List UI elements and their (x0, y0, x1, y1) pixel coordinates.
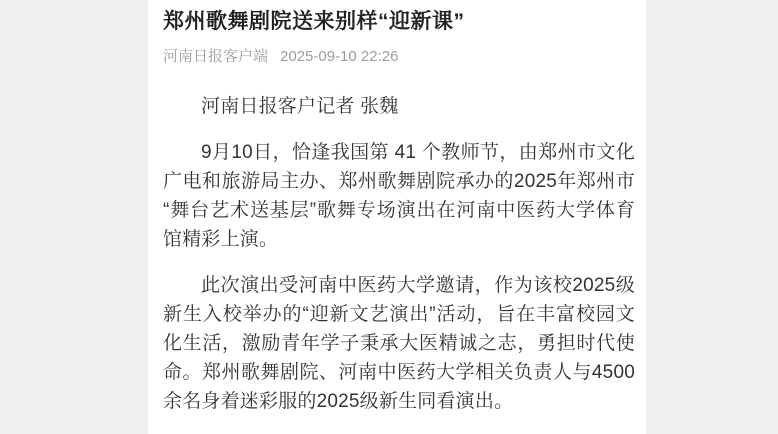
article-meta: 河南日报客户端 2025-09-10 22:26 (163, 46, 635, 68)
article-card: 郑州歌舞剧院送来别样“迎新课” 河南日报客户端 2025-09-10 22:26… (148, 0, 646, 434)
article-paragraph: 此次演出受河南中医药大学邀请，作为该校2025级新生入校举办的“迎新文艺演出”活… (163, 271, 635, 416)
article-source: 河南日报客户端 (163, 46, 268, 68)
article-paragraph: 9月10日，恰逢我国第 41 个教师节，由郑州市文化广电和旅游局主办、郑州歌舞剧… (163, 138, 635, 254)
page-background: 郑州歌舞剧院送来别样“迎新课” 河南日报客户端 2025-09-10 22:26… (0, 0, 778, 434)
article-byline-paragraph: 河南日报客户记者 张魏 (163, 92, 635, 121)
article-timestamp: 2025-09-10 22:26 (280, 46, 398, 68)
article-title: 郑州歌舞剧院送来别样“迎新课” (163, 8, 635, 36)
